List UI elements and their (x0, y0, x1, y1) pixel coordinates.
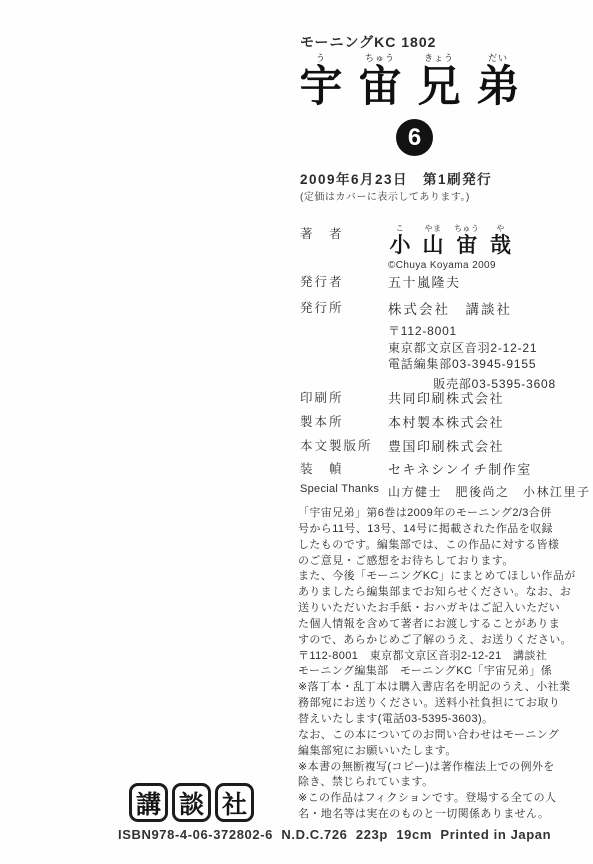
author-kanji: 宙 (456, 234, 477, 258)
credit-label: 印刷所 (300, 388, 388, 407)
credit-value: 山方健士 肥後尚之 小林江里子 (388, 483, 591, 500)
author-furigana: こ (396, 224, 405, 234)
credit-row-cover-design: 装 幀 セキネシンイチ制作室 (300, 459, 532, 478)
note-line: すので、あらかじめご了解のうえ、お送りください。 (298, 633, 576, 649)
credit-row-publishing-house: 発行所 株式会社 講談社 〒112-8001東京都文京区音羽2-12-21電話編… (300, 298, 556, 392)
note-line: 〒112-8001 東京都文京区音羽2-12-21 講談社 (298, 649, 576, 665)
note-line: また、今後「モーニングKC」にまとめてほしい作品が (298, 569, 576, 585)
credit-value: 本村製本株式会社 (388, 412, 504, 431)
credit-value: 共同印刷株式会社 (388, 388, 504, 407)
credit-value: 豊国印刷株式会社 (388, 436, 504, 455)
credit-row-plate-maker: 本文製版所 豊国印刷株式会社 (300, 436, 504, 455)
author-name-char: ちゅう 宙 (454, 224, 480, 258)
volume-number-badge: 6 (396, 119, 433, 156)
note-line: 除き、禁じられています。 (298, 775, 576, 791)
address-line: 東京都文京区音羽2-12-21 (388, 340, 556, 357)
note-line: 替えいたします(電話03-5395-3603)。 (298, 712, 576, 728)
note-line: ※この作品はフィクションです。登場する全ての人 (298, 791, 576, 807)
series-label: モーニングKC 1802 (300, 32, 436, 52)
note-line: 名・地名等は実在のものと一切関係ありません。 (298, 807, 576, 823)
title-kanji: 兄 (418, 64, 461, 111)
author-name-char: や 哉 (489, 224, 513, 258)
note-line: 「宇宙兄弟」第6巻は2009年のモーニング2/3合併 (298, 506, 576, 522)
credit-row-binder: 製本所 本村製本株式会社 (300, 412, 504, 431)
credit-label-author: 著 者 (300, 224, 388, 271)
price-note: (定価はカバーに表示してあります。) (300, 188, 470, 203)
publisher-name: 株式会社 講談社 (388, 298, 556, 318)
note-line: ※本書の無断複写(コピー)は著作権法上での例外を (298, 760, 576, 776)
colophon-page: モーニングKC 1802 う 宇 ちゅう 宙 きょう 兄 だい 弟 6 2009… (0, 0, 593, 864)
address-line: 〒112-8001 (388, 323, 556, 340)
book-title: う 宇 ちゅう 宙 きょう 兄 だい 弟 (298, 52, 521, 111)
author-name: こ 小 やま 山 ちゅう 宙 や 哉 (388, 224, 513, 258)
isbn-line: ISBN978-4-06-372802-6 N.D.C.726 223p 19c… (118, 827, 551, 842)
credit-value: 五十嵐隆夫 (388, 272, 461, 291)
credit-label: 発行所 (300, 298, 388, 392)
author-furigana: やま (425, 224, 442, 234)
note-line: 務部宛にお送りください。送料小社負担にてお取り (298, 696, 576, 712)
credit-label: 装 幀 (300, 459, 388, 478)
credit-label: 発行者 (300, 272, 388, 291)
note-line: なお、この本についてのお問い合わせはモーニング (298, 728, 576, 744)
title-kanji: 宙 (359, 64, 402, 111)
note-line: したものです。編集部では、この作品に対する皆様 (298, 538, 576, 554)
credit-value: セキネシンイチ制作室 (388, 459, 532, 478)
title-kanji: 宇 (300, 64, 343, 111)
credit-label: 本文製版所 (300, 436, 388, 455)
title-char: う 宇 (298, 52, 344, 111)
title-char: ちゅう 宙 (357, 52, 403, 111)
publisher-address: 〒112-8001東京都文京区音羽2-12-21電話編集部03-3945-915… (388, 323, 556, 373)
kodansha-logo: 講 談 社 (129, 783, 254, 822)
credit-label: Special Thanks (300, 483, 388, 500)
note-line: 送りいただいたお手紙・おハガキはご記入いただい (298, 601, 576, 617)
note-line: ありましたら編集部までお知らせください。なお、お (298, 585, 576, 601)
title-char: きょう 兄 (416, 52, 462, 111)
address-line: 電話編集部03-3945-9155 (388, 356, 556, 373)
edition-date-line: 2009年6月23日 第1刷発行 (300, 168, 492, 188)
logo-char: 談 (172, 783, 211, 822)
credit-row-author: 著 者 こ 小 やま 山 ちゅう 宙 や 哉 (300, 224, 513, 271)
author-kanji: 小 (390, 234, 411, 258)
author-block: こ 小 やま 山 ちゅう 宙 や 哉 ©Chuya Koyama 2009 (388, 224, 513, 271)
credit-row-publisher-person: 発行者 五十嵐隆夫 (300, 272, 461, 291)
author-kanji: 山 (423, 234, 444, 258)
note-line: 号から11号、13号、14号に掲載された作品を収録 (298, 522, 576, 538)
author-furigana: ちゅう (454, 224, 480, 234)
author-kanji: 哉 (490, 234, 511, 258)
credit-label: 製本所 (300, 412, 388, 431)
author-name-char: やま 山 (421, 224, 445, 258)
note-line: ※落丁本・乱丁本は購入書店名を明記のうえ、小社業 (298, 680, 576, 696)
title-kanji: 弟 (477, 64, 520, 111)
author-furigana: や (496, 224, 505, 234)
editorial-notes: 「宇宙兄弟」第6巻は2009年のモーニング2/3合併号から11号、13号、14号… (298, 506, 576, 823)
note-line: た個人情報を含めて著者にお渡しすることがありま (298, 617, 576, 633)
note-line: のご意見・ご感想をお待ちしております。 (298, 554, 576, 570)
logo-char: 講 (129, 783, 168, 822)
title-char: だい 弟 (475, 52, 521, 111)
publisher-block: 株式会社 講談社 〒112-8001東京都文京区音羽2-12-21電話編集部03… (388, 298, 556, 392)
author-name-char: こ 小 (388, 224, 412, 258)
credit-row-special-thanks: Special Thanks 山方健士 肥後尚之 小林江里子 (300, 483, 591, 500)
logo-char: 社 (215, 783, 254, 822)
copyright-notice: ©Chuya Koyama 2009 (388, 260, 513, 271)
credit-row-printer: 印刷所 共同印刷株式会社 (300, 388, 504, 407)
note-line: 編集部宛にお願いいたします。 (298, 744, 576, 760)
note-line: モーニング編集部 モーニングKC「宇宙兄弟」係 (298, 664, 576, 680)
